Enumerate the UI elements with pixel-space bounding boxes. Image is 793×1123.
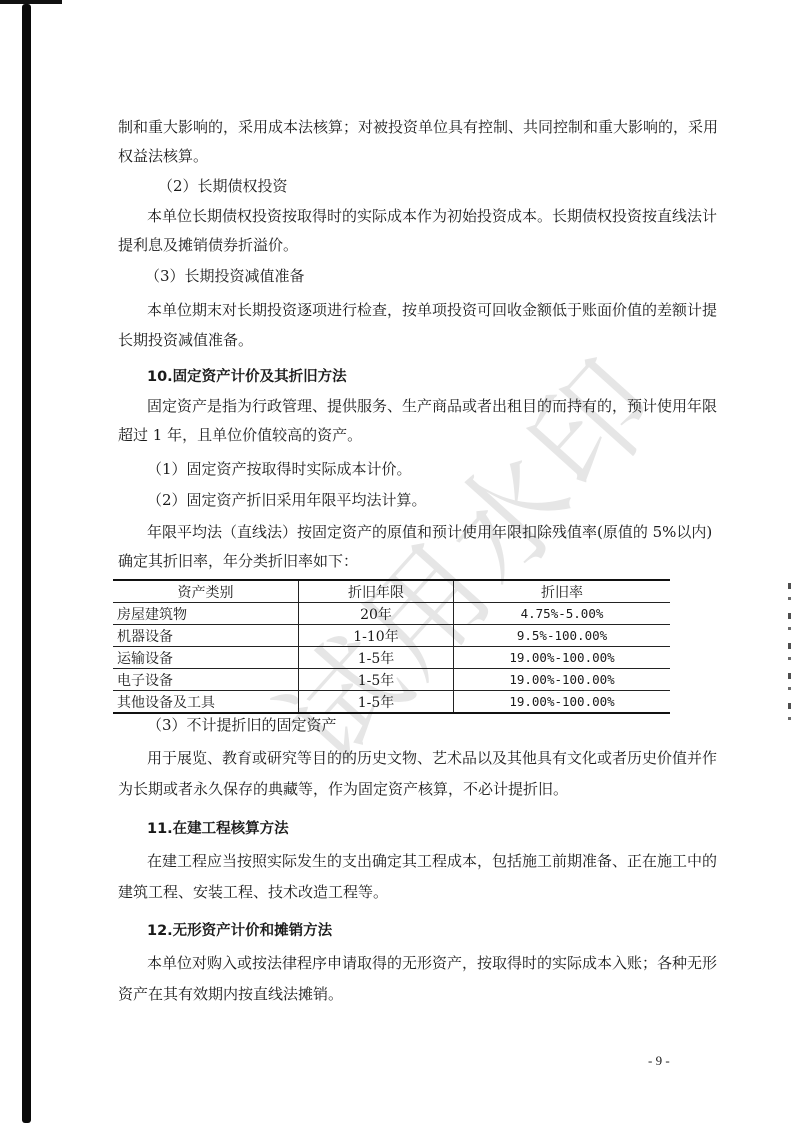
column-header: 资产类别 bbox=[113, 580, 299, 603]
paragraph-line: 权益法核算。 bbox=[118, 146, 208, 166]
cell-years: 1-10年 bbox=[299, 625, 454, 647]
list-item: （3）不计提折旧的固定资产 bbox=[147, 715, 337, 735]
paragraph-line: 用于展览、教育或研究等目的的历史文物、艺术品以及其他具有文化或者历史价值并作 bbox=[147, 748, 717, 768]
section-heading-11: 11.在建工程核算方法 bbox=[147, 819, 289, 839]
depreciation-table: 资产类别 折旧年限 折旧率 房屋建筑物 20年 4.75%-5.00% 机器设备… bbox=[113, 579, 670, 714]
list-item: （2）固定资产折旧采用年限平均法计算。 bbox=[147, 490, 427, 510]
table-header-row: 资产类别 折旧年限 折旧率 bbox=[113, 580, 670, 603]
paragraph-line: 年限平均法（直线法）按固定资产的原值和预计使用年限扣除残值率(原值的 5%以内) bbox=[147, 522, 712, 542]
scan-artifact-binding-edge bbox=[22, 4, 31, 1123]
paragraph-line: 本单位对购入或按法律程序申请取得的无形资产，按取得时的实际成本入账；各种无形 bbox=[147, 953, 717, 973]
paragraph-line: 制和重大影响的，采用成本法核算；对被投资单位具有控制、共同控制和重大影响的，采用 bbox=[118, 117, 718, 137]
table-row: 电子设备 1-5年 19.00%-100.00% bbox=[113, 669, 670, 691]
scan-artifact-top bbox=[0, 0, 62, 4]
cell-category: 房屋建筑物 bbox=[113, 603, 299, 625]
paragraph-line: 长期投资减值准备。 bbox=[118, 330, 253, 350]
cell-rate: 19.00%-100.00% bbox=[454, 647, 671, 669]
cell-category: 运输设备 bbox=[113, 647, 299, 669]
cell-rate: 4.75%-5.00% bbox=[454, 603, 671, 625]
cell-category: 电子设备 bbox=[113, 669, 299, 691]
section-heading-12: 12.无形资产计价和摊销方法 bbox=[147, 921, 332, 941]
scan-artifact-right-marks bbox=[788, 583, 791, 723]
paragraph-line: 本单位期末对长期投资逐项进行检查，按单项投资可回收金额低于账面价值的差额计提 bbox=[147, 300, 717, 320]
cell-category: 机器设备 bbox=[113, 625, 299, 647]
paragraph-line: 确定其折旧率，年分类折旧率如下： bbox=[118, 551, 358, 571]
page-number: - 9 - bbox=[648, 1053, 670, 1069]
cell-rate: 9.5%-100.00% bbox=[454, 625, 671, 647]
cell-rate: 19.00%-100.00% bbox=[454, 691, 671, 714]
paragraph-line: 为长期或者永久保存的典藏等，作为固定资产核算，不必计提折旧。 bbox=[118, 779, 568, 799]
subsection-title: （3）长期投资减值准备 bbox=[145, 266, 305, 286]
paragraph-line: 固定资产是指为行政管理、提供服务、生产商品或者出租目的而持有的，预计使用年限 bbox=[147, 396, 717, 416]
table-row: 其他设备及工具 1-5年 19.00%-100.00% bbox=[113, 691, 670, 714]
table-row: 房屋建筑物 20年 4.75%-5.00% bbox=[113, 603, 670, 625]
column-header: 折旧年限 bbox=[299, 580, 454, 603]
cell-category: 其他设备及工具 bbox=[113, 691, 299, 714]
paragraph-line: 本单位长期债权投资按取得时的实际成本作为初始投资成本。长期债权投资按直线法计 bbox=[147, 206, 717, 226]
cell-rate: 19.00%-100.00% bbox=[454, 669, 671, 691]
paragraph-line: 建筑工程、安装工程、技术改造工程等。 bbox=[118, 882, 388, 902]
table-row: 运输设备 1-5年 19.00%-100.00% bbox=[113, 647, 670, 669]
table-row: 机器设备 1-10年 9.5%-100.00% bbox=[113, 625, 670, 647]
cell-years: 1-5年 bbox=[299, 691, 454, 714]
cell-years: 1-5年 bbox=[299, 647, 454, 669]
section-heading-10: 10.固定资产计价及其折旧方法 bbox=[147, 367, 347, 387]
list-item: （1）固定资产按取得时实际成本计价。 bbox=[147, 459, 412, 479]
paragraph-line: 提利息及摊销债券折溢价。 bbox=[118, 235, 298, 255]
paragraph-line: 资产在其有效期内按直线法摊销。 bbox=[118, 984, 343, 1004]
column-header: 折旧率 bbox=[454, 580, 671, 603]
cell-years: 20年 bbox=[299, 603, 454, 625]
paragraph-line: 在建工程应当按照实际发生的支出确定其工程成本，包括施工前期准备、正在施工中的 bbox=[147, 851, 717, 871]
subsection-title: （2）长期债权投资 bbox=[158, 176, 288, 196]
cell-years: 1-5年 bbox=[299, 669, 454, 691]
paragraph-line: 超过 1 年，且单位价值较高的资产。 bbox=[118, 425, 362, 445]
